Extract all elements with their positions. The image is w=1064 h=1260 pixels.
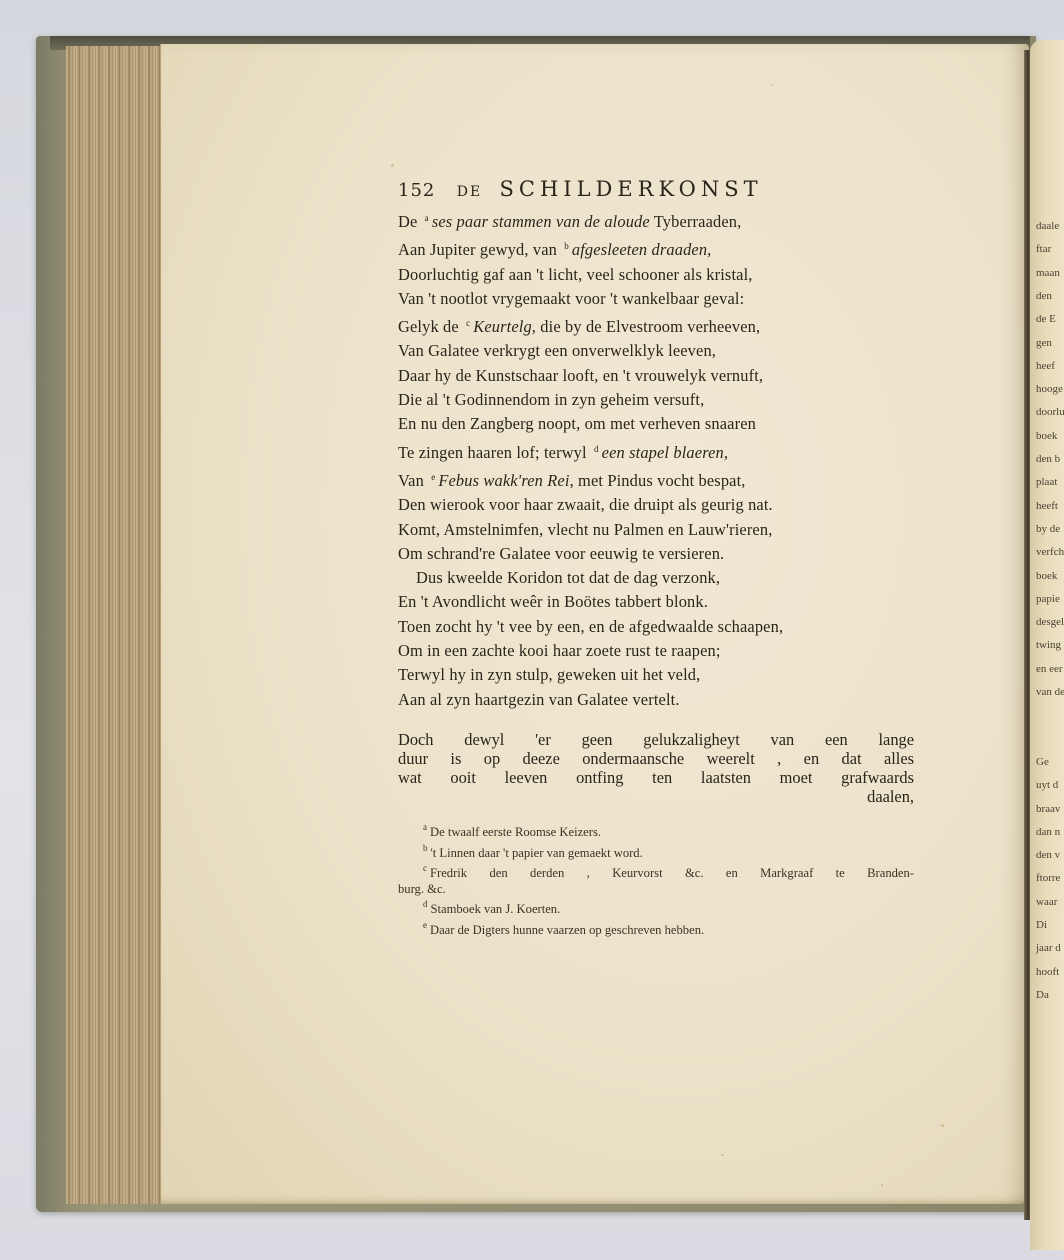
facing-page-text-fragment: de E <box>1036 309 1056 330</box>
facing-page-text-fragment: doorlu <box>1036 402 1064 423</box>
footnote-a: aDe twaalf eerste Roomse Keizers. <box>398 820 914 841</box>
facing-page-text-fragment: waar <box>1036 892 1057 913</box>
verse-line: Te zingen haaren lof; terwyl deen stapel… <box>398 437 914 465</box>
italic-phrase: afgesleeten draaden, <box>572 240 712 259</box>
footnote-marker: e <box>423 920 427 930</box>
footnote-text: Daar de Digters hunne vaarzen op geschre… <box>430 923 704 937</box>
verse-line: Aan al zyn haartgezin van Galatee vertel… <box>398 688 914 712</box>
verse-line: Van 't nootlot vrygemaakt voor 't wankel… <box>398 287 914 311</box>
verse-text: Terwyl hy in zyn stulp, geweken uit het … <box>398 665 700 684</box>
footnote-b: b't Linnen daar 't papier van gemaekt wo… <box>398 841 914 862</box>
facing-page-text-fragment: plaat <box>1036 472 1057 493</box>
verse-line: Van Galatee verkrygt een onverwelklyk le… <box>398 339 914 363</box>
verse-text: Om in een zachte kooi haar zoete rust te… <box>398 641 721 660</box>
facing-page-text-fragment: uyt d <box>1036 775 1058 796</box>
facing-page-text-fragment: boek <box>1036 566 1057 587</box>
facing-page-text-fragment: gen <box>1036 333 1052 354</box>
italic-phrase: Febus wakk'ren Rei <box>438 471 569 490</box>
verse-text: Van Galatee verkrygt een onverwelklyk le… <box>398 341 716 360</box>
facing-page-text-fragment: dan n <box>1036 822 1060 843</box>
italic-phrase: ses paar stammen van de aloude <box>432 212 650 231</box>
verse-line: Terwyl hy in zyn stulp, geweken uit het … <box>398 663 914 687</box>
footnote-marker: d <box>423 899 428 909</box>
verse-line: Komt, Amstelnimfen, vlecht nu Palmen en … <box>398 518 914 542</box>
prose-line: daalen, <box>398 787 914 806</box>
facing-page-text-fragment: Di <box>1036 915 1047 936</box>
verse-line: En 't Avondlicht weêr in Boötes tabbert … <box>398 590 914 614</box>
facing-page-text-fragment: by de <box>1036 519 1060 540</box>
footnote-marker: d <box>594 444 599 454</box>
verse-text: Te zingen haaren lof; terwyl <box>398 443 591 462</box>
poem-verse: De ases paar stammen van de aloude Tyber… <box>398 206 914 712</box>
verse-line: Toen zocht hy 't vee by een, en de afged… <box>398 615 914 639</box>
facing-page-text-fragment: ftorre <box>1036 868 1060 889</box>
footnote-marker: e <box>431 472 435 482</box>
italic-phrase: Keurtelg <box>473 317 532 336</box>
verse-text: Van 't nootlot vrygemaakt voor 't wankel… <box>398 289 744 308</box>
facing-page: daaleftarmaandende Egenheefhoogedoorlubo… <box>1030 40 1064 1250</box>
facing-page-text-fragment: den <box>1036 286 1052 307</box>
prose-line: Doch dewyl 'er geen gelukzaligheyt van e… <box>398 730 914 749</box>
verse-text: Komt, Amstelnimfen, vlecht nu Palmen en … <box>398 520 772 539</box>
verse-text: Gelyk de <box>398 317 463 336</box>
verse-line: Den wierook voor haar zwaait, die druipt… <box>398 493 914 517</box>
page-number: 152 <box>398 180 435 201</box>
running-head-article: DE <box>457 184 482 200</box>
footnote-continuation: burg. &c. <box>398 882 914 898</box>
verse-text: De <box>398 212 422 231</box>
facing-page-text-fragment: hooge <box>1036 379 1063 400</box>
prose-paragraph: Doch dewyl 'er geen gelukzaligheyt van e… <box>398 730 914 806</box>
page-edges-stack <box>66 46 166 1204</box>
footnote-marker: b <box>423 843 428 853</box>
facing-page-text-fragment: twing <box>1036 635 1061 656</box>
verse-text: , <box>724 443 728 462</box>
footnote-d: dStamboek van J. Koerten. <box>398 897 914 918</box>
facing-page-text-fragment: boek <box>1036 426 1057 447</box>
facing-page-text-fragment: hooft <box>1036 962 1059 983</box>
footnote-text: Fredrik den derden , Keurvorst &c. en Ma… <box>430 866 914 880</box>
facing-page-text-fragment: den b <box>1036 449 1060 470</box>
verse-text: Toen zocht hy 't vee by een, en de afged… <box>398 617 783 636</box>
verse-text: Aan al zyn haartgezin van Galatee vertel… <box>398 690 680 709</box>
facing-page-text-fragment: den v <box>1036 845 1060 866</box>
verse-text: Die al 't Godinnendom in zyn geheim vers… <box>398 390 704 409</box>
footnote-text: 't Linnen daar 't papier van gemaekt wor… <box>431 846 643 860</box>
verse-line: Doorluchtig gaf aan 't licht, veel schoo… <box>398 263 914 287</box>
verse-text: En 't Avondlicht weêr in Boötes tabbert … <box>398 592 708 611</box>
footnote-text: Stamboek van J. Koerten. <box>431 902 561 916</box>
verse-text: Daar hy de Kunstschaar looft, en 't vrou… <box>398 366 763 385</box>
verse-line: En nu den Zangberg noopt, om met verheve… <box>398 412 914 436</box>
verse-text: Om schrand're Galatee voor eeuwig te ver… <box>398 544 724 563</box>
facing-page-text-fragment: Ge <box>1036 752 1049 773</box>
footnote-marker: b <box>564 241 569 251</box>
verse-text: , met Pindus vocht bespat, <box>570 471 746 490</box>
facing-page-text-fragment: jaar d <box>1036 938 1061 959</box>
verse-text: Den wierook voor haar zwaait, die druipt… <box>398 495 773 514</box>
facing-page-text-fragment: Da <box>1036 985 1049 1006</box>
verse-line: Daar hy de Kunstschaar looft, en 't vrou… <box>398 364 914 388</box>
verse-line: Om in een zachte kooi haar zoete rust te… <box>398 639 914 663</box>
verse-text: Van <box>398 471 428 490</box>
facing-page-text-fragment: verfch <box>1036 542 1064 563</box>
verse-text: Tyberraaden, <box>650 212 742 231</box>
prose-line: duur is op deeze ondermaansche weerelt ,… <box>398 749 914 768</box>
verse-text: Doorluchtig gaf aan 't licht, veel schoo… <box>398 265 753 284</box>
footnote-c: cFredrik den derden , Keurvorst &c. en M… <box>398 861 914 882</box>
verse-text: En nu den Zangberg noopt, om met verheve… <box>398 414 756 433</box>
facing-page-text-fragment: heef <box>1036 356 1055 377</box>
facing-page-text-fragment: maan <box>1036 263 1060 284</box>
running-head: 152 DE SCHILDERKONST <box>398 174 914 204</box>
footnote-marker: a <box>423 822 427 832</box>
verse-line: Die al 't Godinnendom in zyn geheim vers… <box>398 388 914 412</box>
verse-line: Aan Jupiter gewyd, van bafgesleeten draa… <box>398 234 914 262</box>
verse-line: Dus kweelde Koridon tot dat de dag verzo… <box>398 566 914 590</box>
footnote-marker: a <box>425 213 429 223</box>
page-text-block: 152 DE SCHILDERKONST De ases paar stamme… <box>398 174 914 939</box>
facing-page-text-fragment: ftar <box>1036 239 1051 260</box>
verse-line: Van eFebus wakk'ren Rei, met Pindus voch… <box>398 465 914 493</box>
italic-phrase: een stapel blaeren <box>602 443 724 462</box>
facing-page-text-fragment: braav <box>1036 799 1060 820</box>
facing-page-text-fragment: heeft <box>1036 496 1058 517</box>
prose-line: wat ooit leeven ontfing ten laatsten moe… <box>398 768 914 787</box>
facing-page-text-fragment: en eer <box>1036 659 1063 680</box>
facing-page-text-fragment: daale <box>1036 216 1059 237</box>
verse-text: Dus kweelde Koridon tot dat de dag verzo… <box>416 568 720 587</box>
verse-line: Gelyk de cKeurtelg, die by de Elvestroom… <box>398 311 914 339</box>
footnotes: aDe twaalf eerste Roomse Keizers.b't Lin… <box>398 820 914 939</box>
verse-text: Aan Jupiter gewyd, van <box>398 240 561 259</box>
facing-page-text-fragment: desgel <box>1036 612 1064 633</box>
footnote-text: De twaalf eerste Roomse Keizers. <box>430 825 601 839</box>
verse-text: , die by de Elvestroom verheeven, <box>532 317 760 336</box>
running-head-title: SCHILDERKONST <box>500 177 763 201</box>
verse-line: Om schrand're Galatee voor eeuwig te ver… <box>398 542 914 566</box>
verse-line: De ases paar stammen van de aloude Tyber… <box>398 206 914 234</box>
facing-page-text-fragment: van de <box>1036 682 1064 703</box>
footnote-marker: c <box>466 318 470 328</box>
footnote-e: eDaar de Digters hunne vaarzen op geschr… <box>398 918 914 939</box>
footnote-marker: c <box>423 863 427 873</box>
facing-page-text-fragment: papie <box>1036 589 1060 610</box>
